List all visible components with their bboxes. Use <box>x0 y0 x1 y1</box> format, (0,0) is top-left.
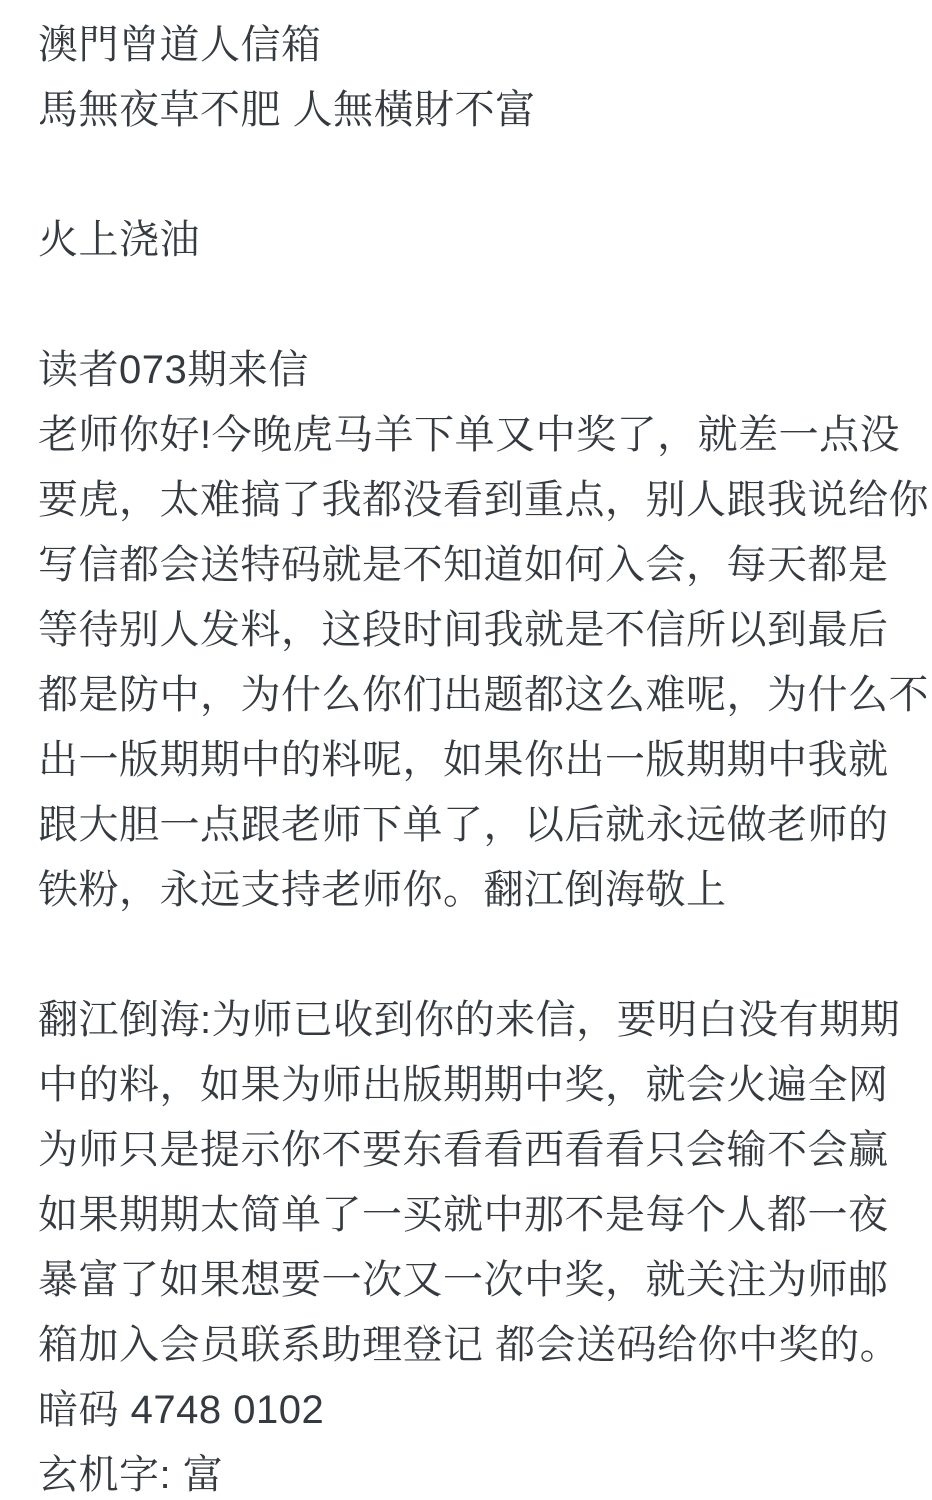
reader-letter-line: 写信都会送特码就是不知道如何入会，每天都是 <box>38 533 902 598</box>
secret-code-line: 暗码 4748 0102 <box>38 1378 902 1443</box>
mystery-word-line: 玄机字: 富 <box>38 1443 902 1500</box>
proverb-line: 馬無夜草不肥 人無橫財不富 <box>38 78 902 143</box>
reply-line: 中的料，如果为师出版期期中奖，就会火遍全网 <box>38 1053 902 1118</box>
topic-title: 火上浇油 <box>38 208 902 273</box>
reply-line: 暴富了如果想要一次又一次中奖，就关注为师邮 <box>38 1248 902 1313</box>
reader-letter-line: 跟大胆一点跟老师下单了，以后就永远做老师的 <box>38 793 902 858</box>
reader-letter-line: 都是防中，为什么你们出题都这么难呢，为什么不 <box>38 663 902 728</box>
reply-line: 如果期期太简单了一买就中那不是每个人都一夜 <box>38 1183 902 1248</box>
reply-line: 为师只是提示你不要东看看西看看只会输不会赢 <box>38 1118 902 1183</box>
reader-letter-heading: 读者073期来信 <box>38 338 902 403</box>
mailbox-title: 澳門曾道人信箱 <box>38 13 902 78</box>
reader-letter-line: 等待别人发料，这段时间我就是不信所以到最后 <box>38 598 902 663</box>
reader-letter-line: 铁粉，永远支持老师你。翻江倒海敬上 <box>38 858 902 923</box>
spacer <box>38 143 902 208</box>
letter-document: 澳門曾道人信箱 馬無夜草不肥 人無橫財不富 火上浇油 读者073期来信 老师你好… <box>0 0 932 1500</box>
reply-line: 翻江倒海:为师已收到你的来信，要明白没有期期 <box>38 988 902 1053</box>
reader-letter-line: 出一版期期中的料呢，如果你出一版期期中我就 <box>38 728 902 793</box>
reader-letter-line: 老师你好!今晚虎马羊下单又中奖了，就差一点没 <box>38 403 902 468</box>
spacer <box>38 923 902 988</box>
reply-line: 箱加入会员联系助理登记 都会送码给你中奖的。 <box>38 1313 902 1378</box>
reader-letter-line: 要虎，太难搞了我都没看到重点，别人跟我说给你 <box>38 468 902 533</box>
spacer <box>38 273 902 338</box>
